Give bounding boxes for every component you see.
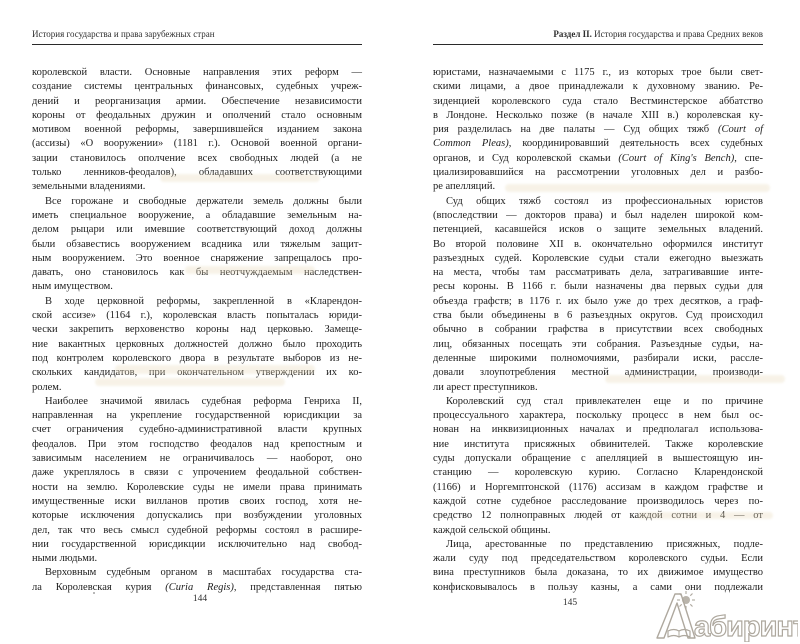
text-line: на места, чтобы там рассматривать дела, …	[433, 266, 763, 280]
text-line: ными людьми.	[32, 552, 362, 566]
text-line: направленная на укрепление государственн…	[32, 409, 362, 423]
text-line: феодалов. При этом господство феодалов н…	[32, 438, 362, 452]
text-line: ства были объединены в 6 разъездных окру…	[433, 309, 763, 323]
running-header-left: История государства и права зарубежных с…	[32, 28, 362, 45]
text-line: ской ассизе» (1164 г.), королевская влас…	[32, 309, 362, 323]
text-line: давать, оно становилось как бы неотчужда…	[32, 266, 362, 280]
text-line: В ходе церковной реформы, закрепленной в…	[32, 295, 362, 309]
running-header-section-label: Раздел II.	[553, 29, 592, 39]
text-line: создание системы центральных финансовых,…	[32, 80, 362, 94]
text-line: зации становилось ополчение всех свободн…	[32, 152, 362, 166]
paragraph: Верховным судебным органом в масштабах г…	[32, 566, 362, 595]
text-line: Common Pleas), координировавший деятельн…	[433, 137, 763, 151]
text-line: петенцией, касавшейся исков о защите зем…	[433, 223, 763, 237]
text-line: под контролем королевского двора в резул…	[32, 352, 362, 366]
text-line: скольких кандидатов, при окончательном у…	[32, 366, 362, 380]
text-line: средство 12 полноправных людей от каждой…	[433, 509, 763, 523]
text-line: были обзавестись вооружением всадника ил…	[32, 238, 362, 252]
paragraph: Королевский суд стал привлекателен еще и…	[433, 395, 763, 538]
text-line: лиц, обязанных посещать эти собрания. Ра…	[433, 338, 763, 352]
text-line: (ассизы) «О вооружении» (1181 г.). Основ…	[32, 137, 362, 151]
text-line: каждой сотне судебное расследование прои…	[433, 495, 763, 509]
text-line: ние вакантных церковных должностей должн…	[32, 338, 362, 352]
text-line: которые исключения допускались при возбу…	[32, 509, 362, 523]
text-line: нован на инквизиционных началах и предпо…	[433, 423, 763, 437]
text-line: каждой сельской общины.	[433, 524, 763, 538]
paragraph: королевской власти. Основные направления…	[32, 66, 362, 195]
right-page: Раздел II. История государства и права С…	[433, 28, 763, 595]
text-line: иметь специальное вооружение, а обладавш…	[32, 209, 362, 223]
text-line: процессуального характера, поскольку про…	[433, 409, 763, 423]
text-line: королевской власти. Основные направления…	[32, 66, 362, 80]
text-line: довали злоупотребления местной администр…	[433, 366, 763, 380]
text-line: рия разделилась на две палаты — Суд общи…	[433, 123, 763, 137]
text-line: ре апелляций.	[433, 180, 763, 194]
text-line: счет ограничения судебно-административно…	[32, 423, 362, 437]
text-line: Наиболее значимой явилась судебная рефор…	[32, 395, 362, 409]
text-line: обычно в собрании графства в присутствии…	[433, 323, 763, 337]
text-line: мотивом военной реформы, завершившейся и…	[32, 123, 362, 137]
text-line: Лица, арестованные по представлению прис…	[433, 538, 763, 552]
text-line: вина преступников была доказана, то их д…	[433, 566, 763, 580]
text-line: скими лицами, а двое принадлежали к духо…	[433, 80, 763, 94]
text-line: (впоследствии — докторов права) и был на…	[433, 209, 763, 223]
paragraph: юристами, назначаемыми с 1175 г., из кот…	[433, 66, 763, 195]
text-line: нии государственной юрисдикции исключите…	[32, 538, 362, 552]
text-line: делом рыцари или имевшие соответствующий…	[32, 223, 362, 237]
text-line: циализировавшийся на рассмотрении уголов…	[433, 166, 763, 180]
right-page-body: юристами, назначаемыми с 1175 г., из кот…	[433, 66, 763, 595]
text-line: ролем.	[32, 381, 362, 395]
text-line: только ленников-феодалов), обладавших со…	[32, 166, 362, 180]
paragraph: В ходе церковной реформы, закрепленной в…	[32, 295, 362, 395]
text-line: ли арест преступников.	[433, 381, 763, 395]
running-header-left-text: История государства и права зарубежных с…	[32, 29, 215, 39]
book-scan: { "colors": { "text": "#1d1d1d", "head":…	[0, 0, 800, 644]
text-line: станцию — королевскую курию. Согласно Кл…	[433, 466, 763, 480]
left-page-body: королевской власти. Основные направления…	[32, 66, 362, 595]
text-line: жали суду под председательством королевс…	[433, 552, 763, 566]
text-line: объезда графств; в 1176 г. их было уже д…	[433, 295, 763, 309]
text-line: (1166) и Норгемптонской (1176) ассизам в…	[433, 481, 763, 495]
text-line: ности на землю. Королевские суды не имел…	[32, 481, 362, 495]
text-line: земельными владениями.	[32, 180, 362, 194]
text-line: юристами, назначаемыми с 1175 г., из кот…	[433, 66, 763, 80]
paragraph: Суд общих тяжб состоял из профессиональн…	[433, 195, 763, 395]
text-line: Верховным судебным органом в масштабах г…	[32, 566, 362, 580]
text-line: деленные широкими полномочиями, разбирал…	[433, 352, 763, 366]
text-line: Королевский суд стал привлекателен еще и…	[433, 395, 763, 409]
text-line: дел, так что весь смысл судебной реформы…	[32, 524, 362, 538]
watermark-logo-icon: абиринт	[648, 584, 798, 642]
text-line: зависимым населением не ограничивалось —…	[32, 452, 362, 466]
text-line: Суд общих тяжб состоял из профессиональн…	[433, 195, 763, 209]
running-header-right: Раздел II. История государства и права С…	[433, 28, 763, 45]
text-line: ным имуществом.	[32, 280, 362, 294]
text-line: короны от феодальных дружин и ополчений …	[32, 109, 362, 123]
text-line: суды допускали обращение с апелляцией в …	[433, 452, 763, 466]
paragraph: Наиболее значимой явилась судебная рефор…	[32, 395, 362, 567]
text-line: разъездных судей. Королевские судьи стал…	[433, 252, 763, 266]
text-line: зиденцией королевского суда стало Вестми…	[433, 95, 763, 109]
page-number-right: 145	[535, 598, 605, 608]
text-line: даже укреплялось в связи с упрочением фе…	[32, 466, 362, 480]
text-line: Все горожане и свободные держатели земел…	[32, 195, 362, 209]
text-line: имущественные иски вилланов против своих…	[32, 495, 362, 509]
left-page: История государства и права зарубежных с…	[32, 28, 362, 595]
watermark-text: абиринт	[694, 611, 798, 642]
text-line: ние института присяжных обвинителей. Так…	[433, 438, 763, 452]
text-line: органов, и Суд королевской скамьи (Court…	[433, 152, 763, 166]
text-line: ла Королевская курия (Curia Regis), пред…	[32, 581, 362, 595]
paragraph: Все горожане и свободные держатели земел…	[32, 195, 362, 295]
text-line: дений и реорганизация армии. Обеспечение…	[32, 95, 362, 109]
running-header-right-text: История государства и права Средних веко…	[592, 29, 763, 39]
text-line: ным вооружением. Это военное снаряжение …	[32, 252, 362, 266]
text-line: чески закрепить верховенство короны над …	[32, 323, 362, 337]
text-line: Во второй половине XII в. окончательно о…	[433, 238, 763, 252]
text-line: ресы короны. В 1166 г. были назначены дв…	[433, 280, 763, 294]
text-line: в Лондоне. Несколько позже (в начале XII…	[433, 109, 763, 123]
page-number-left: 144	[165, 594, 235, 604]
scan-speck	[93, 592, 95, 594]
labirint-watermark: абиринт	[648, 584, 798, 642]
